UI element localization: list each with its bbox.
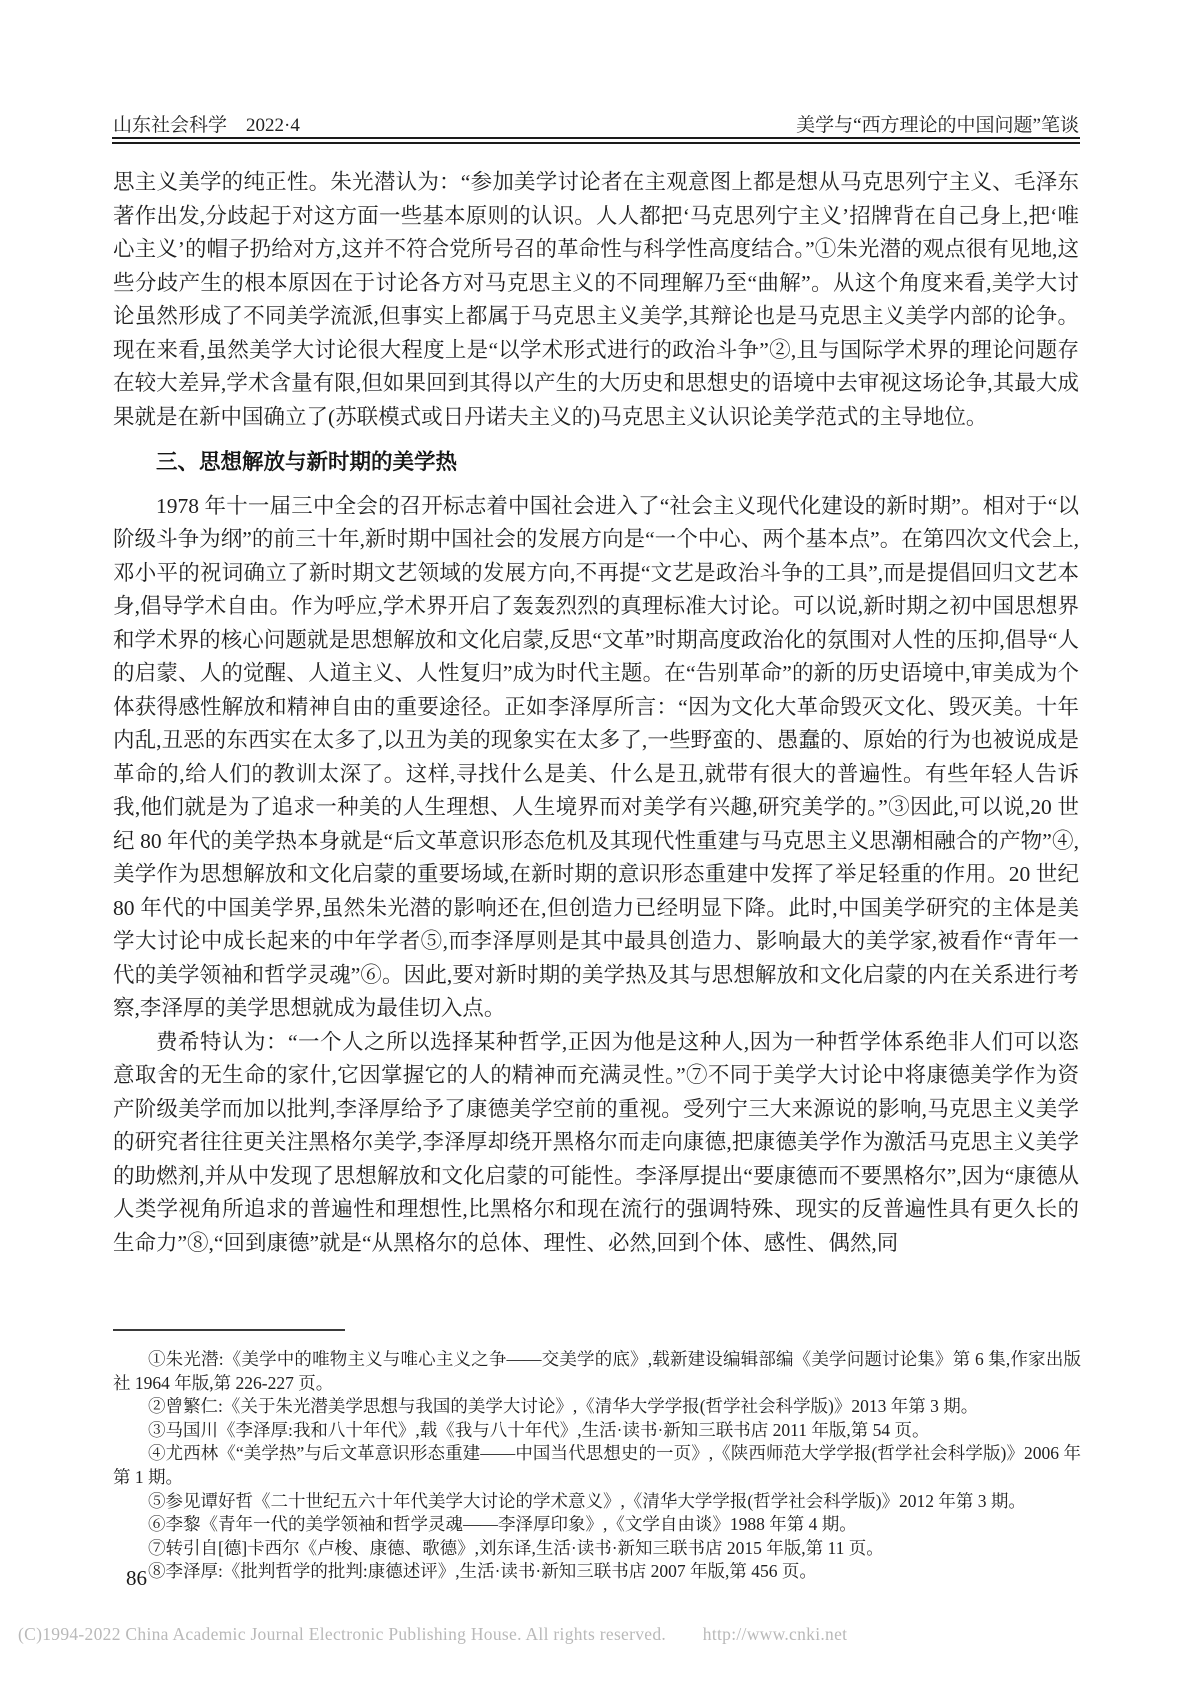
column-title: 美学与“西方理论的中国问题”笔谈 [796,110,1079,137]
footnote: ⑦转引自[德]卡西尔《卢梭、康德、歌德》,刘东译,生活·读书·新知三联书店 20… [113,1537,1081,1561]
footnote: ⑧李泽厚:《批判哲学的批判:康德述评》,生活·读书·新知三联书店 2007 年版… [113,1560,1081,1584]
cnki-watermark: (C)1994-2022 China Academic Journal Elec… [18,1624,1178,1645]
footnote: ⑥李黎《青年一代的美学领袖和哲学灵魂——李泽厚印象》,《文学自由谈》1988 年… [113,1513,1081,1537]
paragraph: 费希特认为：“一个人之所以选择某种哲学,正因为他是这种人,因为一种哲学体系绝非人… [113,1026,1079,1261]
footnote: ①朱光潜:《美学中的唯物主义与唯心主义之争——交美学的底》,载新建设编辑部编《美… [113,1348,1081,1395]
footnote: ②曾繁仁:《关于朱光潜美学思想与我国的美学大讨论》,《清华大学学报(哲学社会科学… [113,1395,1081,1419]
cnki-url: http://www.cnki.net [703,1624,848,1644]
running-header: 山东社会科学 2022·4 美学与“西方理论的中国问题”笔谈 [113,110,1079,137]
journal-title: 山东社会科学 2022·4 [113,110,300,137]
paragraph-continuation: 思主义美学的纯正性。朱光潜认为：“参加美学讨论者在主观意图上都是想从马克思列宁主… [113,166,1079,434]
footnote: ⑤参见谭好哲《二十世纪五六十年代美学大讨论的学术意义》,《清华大学学报(哲学社会… [113,1490,1081,1514]
header-divider [112,137,1080,144]
section-heading: 三、思想解放与新时期的美学热 [113,446,1079,480]
footnote: ④尤西林《“美学热”与后文革意识形态重建——中国当代思想史的一页》,《陕西师范大… [113,1442,1081,1489]
page-number: 86 [126,1566,147,1591]
copyright-text: (C)1994-2022 China Academic Journal Elec… [18,1624,666,1644]
article-body: 思主义美学的纯正性。朱光潜认为：“参加美学讨论者在主观意图上都是想从马克思列宁主… [113,166,1079,1260]
paragraph: 1978 年十一届三中全会的召开标志着中国社会进入了“社会主义现代化建设的新时期… [113,490,1079,1026]
footnotes-block: ①朱光潜:《美学中的唯物主义与唯心主义之争——交美学的底》,载新建设编辑部编《美… [113,1348,1081,1584]
footnote-divider [113,1329,345,1331]
footnote: ③马国川《李泽厚:我和八十年代》,载《我与八十年代》,生活·读书·新知三联书店 … [113,1419,1081,1443]
journal-page: 山东社会科学 2022·4 美学与“西方理论的中国问题”笔谈 思主义美学的纯正性… [0,0,1191,1684]
